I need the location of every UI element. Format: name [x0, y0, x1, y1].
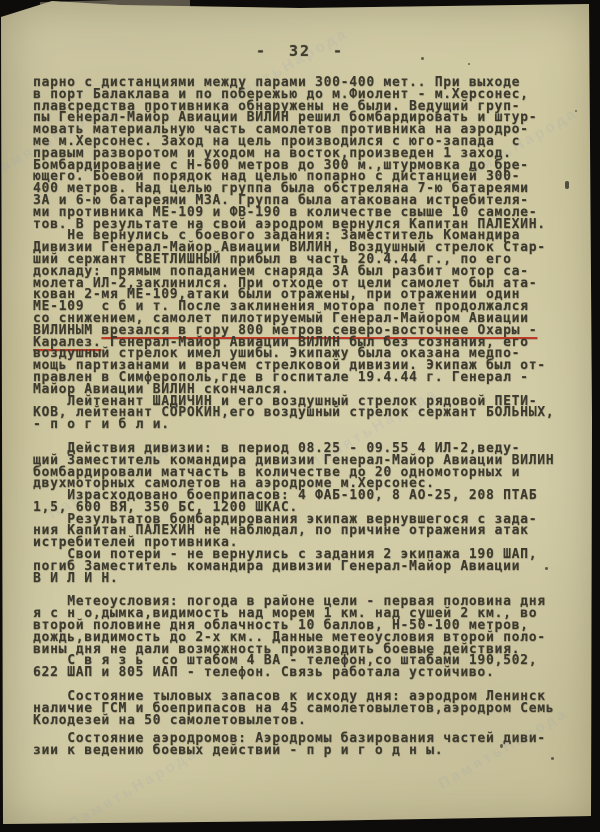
paragraph: С в я з ь со штабом 4 ВА - телефон,со шт… — [33, 655, 571, 679]
paragraph: Действия дивизии: в период 08.25 - 09.55… — [33, 443, 571, 490]
paragraph-text: Результатов бомбардирования экипаж верну… — [33, 512, 537, 551]
paragraph-text: Свои потери - не вернулись с задания 2 э… — [33, 547, 537, 586]
paragraph-text: Состояние тыловых запасов к исходу дня: … — [33, 689, 554, 728]
paragraph: Не вернулись с боевого задания: Заместит… — [33, 230, 571, 395]
ink-speck — [575, 110, 577, 112]
ink-speck — [468, 63, 470, 65]
ink-speck — [500, 744, 503, 748]
paragraph-text: С в я з ь со штабом 4 ВА - телефон,со шт… — [33, 653, 537, 680]
paper-sheet: ПамятьНарода ПамятьНарода ПамятьНарода П… — [0, 0, 600, 832]
document-body: парно с дистанциями между парами 300-400… — [33, 77, 571, 757]
paragraph-text: парно с дистанциями между парами 300-400… — [33, 75, 546, 232]
paragraph: Результатов бомбардирования экипаж верну… — [33, 514, 571, 549]
ink-speck — [421, 57, 424, 60]
paragraph-text: Генерал-Майор Авиации ВИЛИН был без созн… — [33, 335, 546, 397]
ink-speck — [551, 757, 554, 760]
paragraph: Метеоусловия: погода в районе цели - пер… — [33, 596, 571, 655]
paragraph-text: Действия дивизии: в период 08.25 - 09.55… — [33, 441, 554, 491]
page-number-dash: - — [256, 42, 267, 60]
paragraph: Свои потери - не вернулись с задания 2 э… — [33, 549, 571, 584]
page-number: - 32 - — [0, 42, 600, 60]
paragraph-text: Лейтенант ШАДИЧИН и его воздушный стрело… — [33, 394, 554, 433]
paragraph-text: Не вернулись с боевого задания: Заместит… — [33, 228, 546, 337]
ink-speck — [545, 567, 548, 570]
paragraph: Состояние тыловых запасов к исходу дня: … — [33, 691, 571, 726]
ink-speck — [565, 181, 569, 189]
paragraph: Лейтенант ШАДИЧИН и его воздушный стрело… — [33, 396, 571, 431]
scanned-document-page: ПамятьНарода ПамятьНарода ПамятьНарода П… — [0, 0, 600, 832]
paragraph-text: Метеоусловия: погода в районе цели - пер… — [33, 594, 546, 656]
paragraph: Состояние аэродромов: Аэродромы базирова… — [33, 733, 571, 757]
page-number-value: 32 — [289, 42, 311, 60]
paragraph: Израсходовано боеприпасов: 4 ФАБ-100, 8 … — [33, 490, 571, 514]
paragraph-text: Состояние аэродромов: Аэродромы базирова… — [33, 731, 546, 758]
paragraph: парно с дистанциями между парами 300-400… — [33, 77, 571, 230]
page-number-dash: - — [333, 42, 344, 60]
